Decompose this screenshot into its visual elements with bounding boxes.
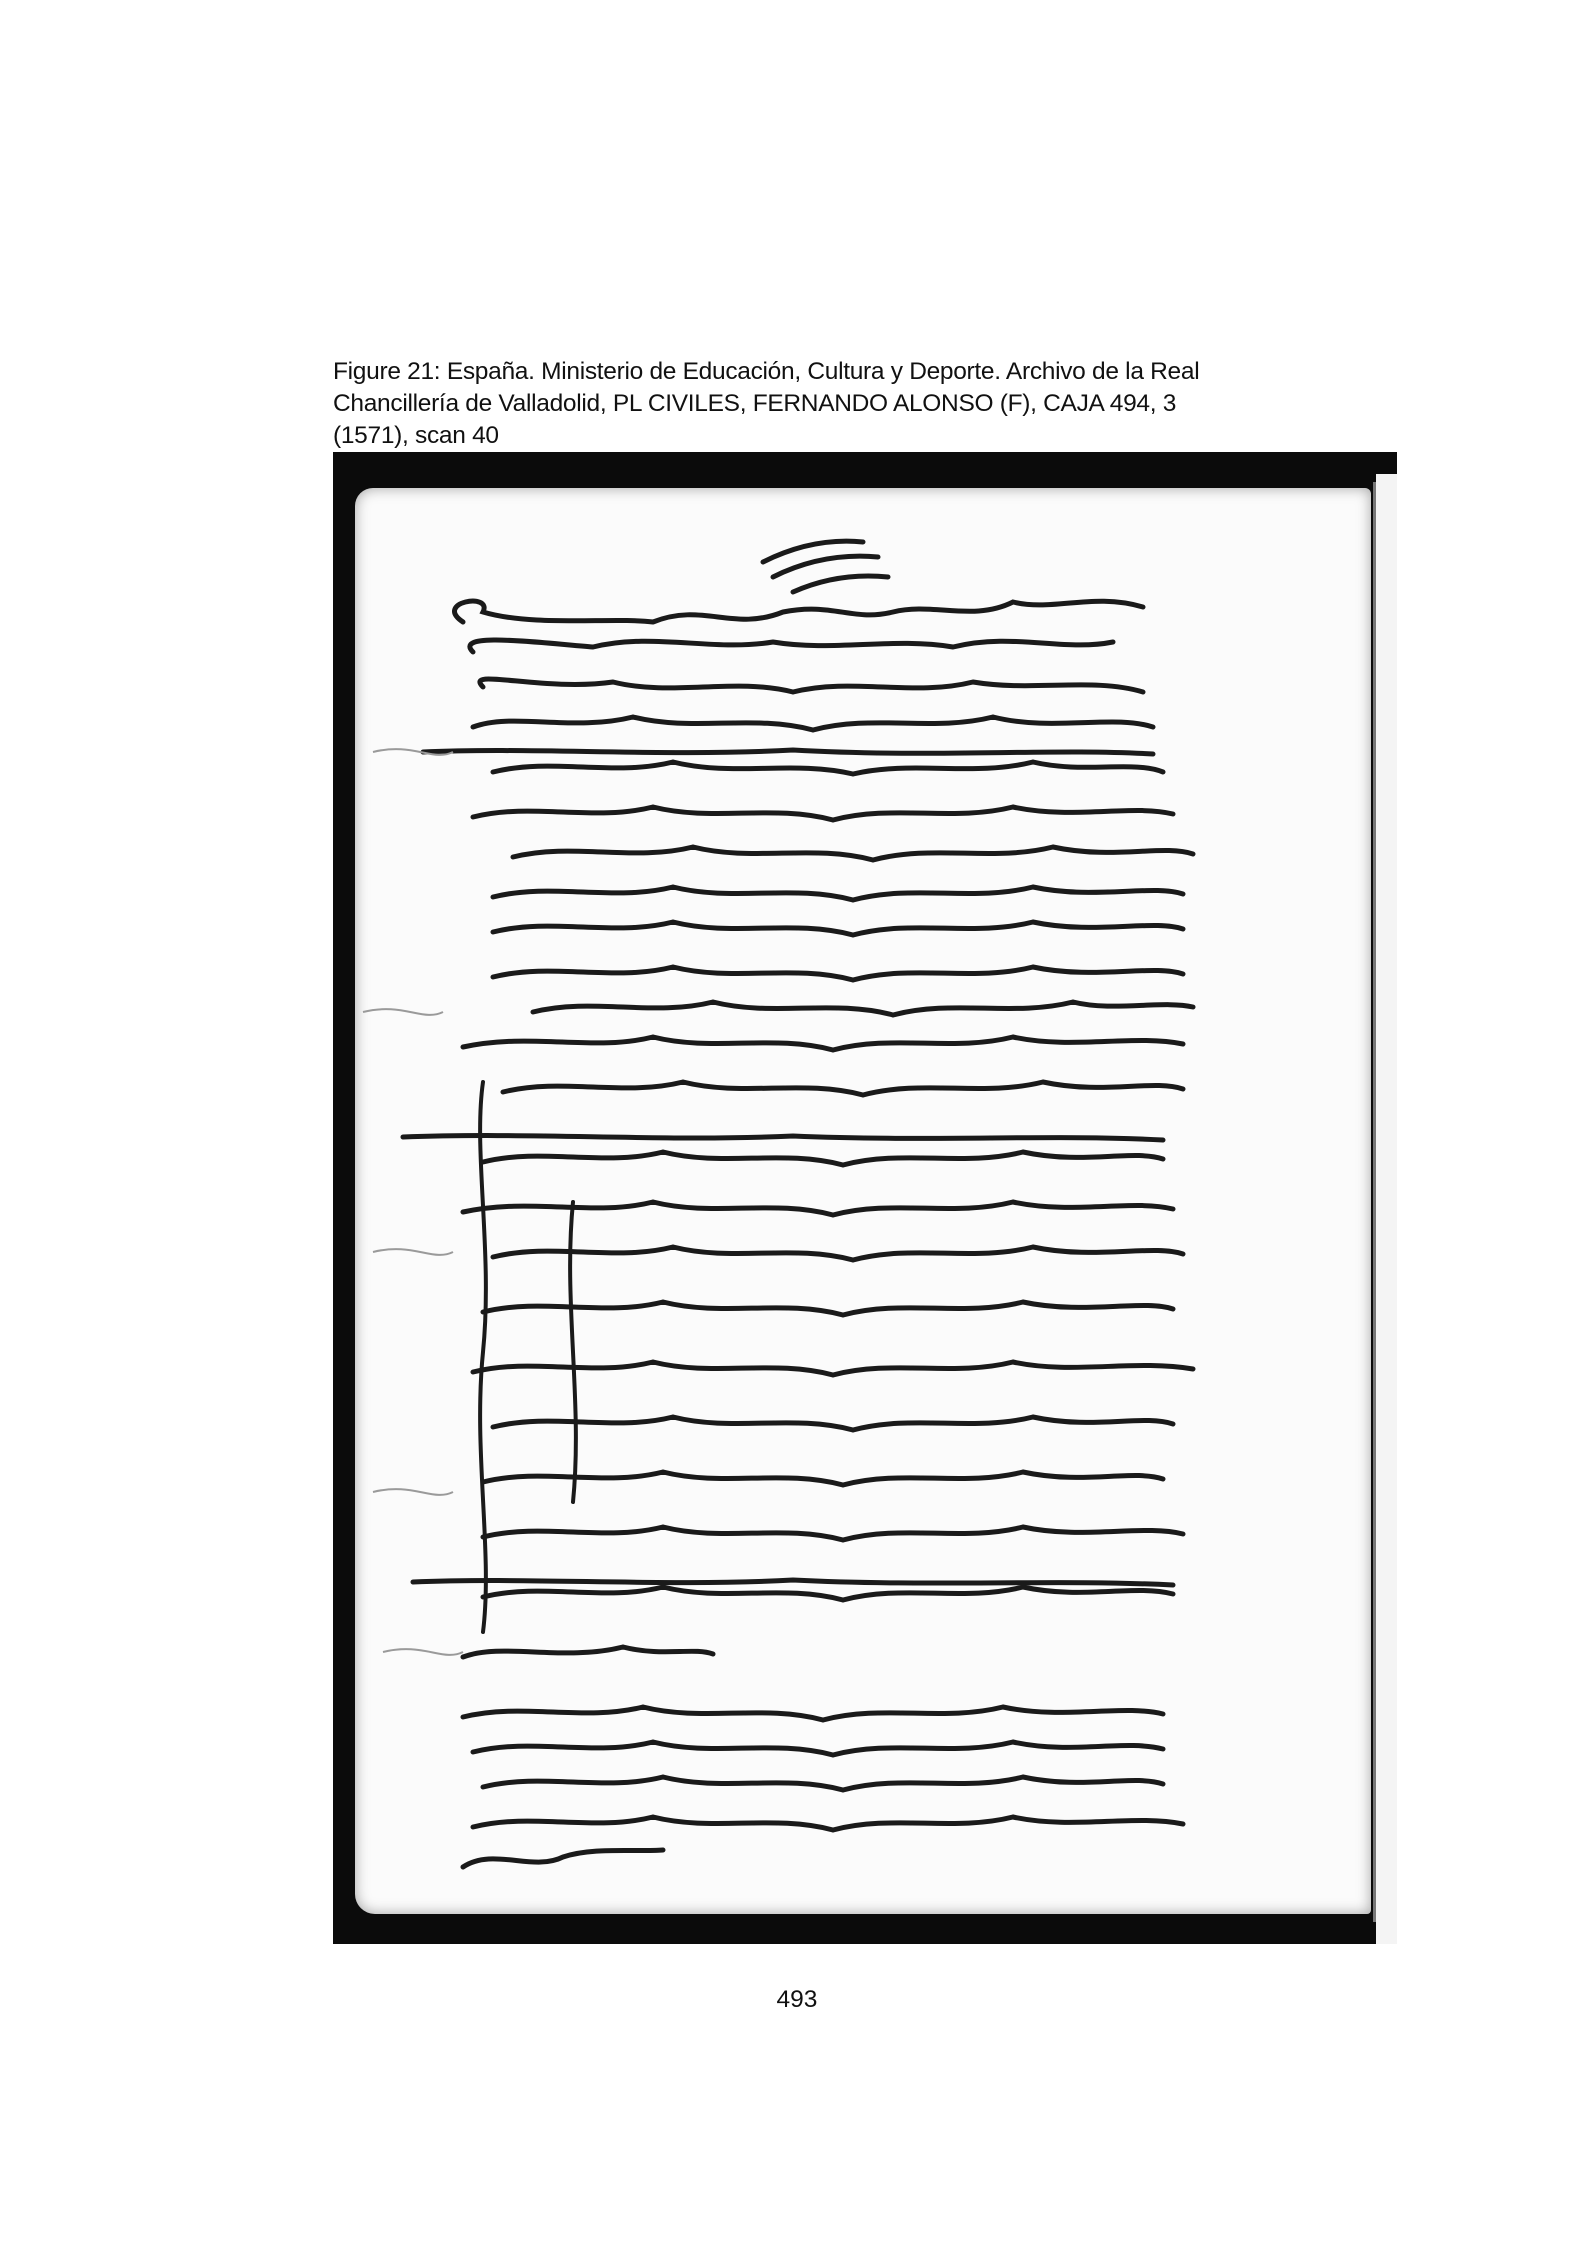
caption-line-3: (1571), scan 40: [333, 420, 1397, 452]
manuscript-scan-image: [333, 452, 1397, 1944]
caption-line-1: Figure 21: España. Ministerio de Educaci…: [333, 356, 1397, 388]
page-number: 493: [0, 1986, 1594, 2014]
caption-line-2: Chancillería de Valladolid, PL CIVILES, …: [333, 388, 1397, 420]
handwriting-ink: [333, 452, 1397, 1944]
figure-caption: Figure 21: España. Ministerio de Educaci…: [333, 356, 1397, 452]
